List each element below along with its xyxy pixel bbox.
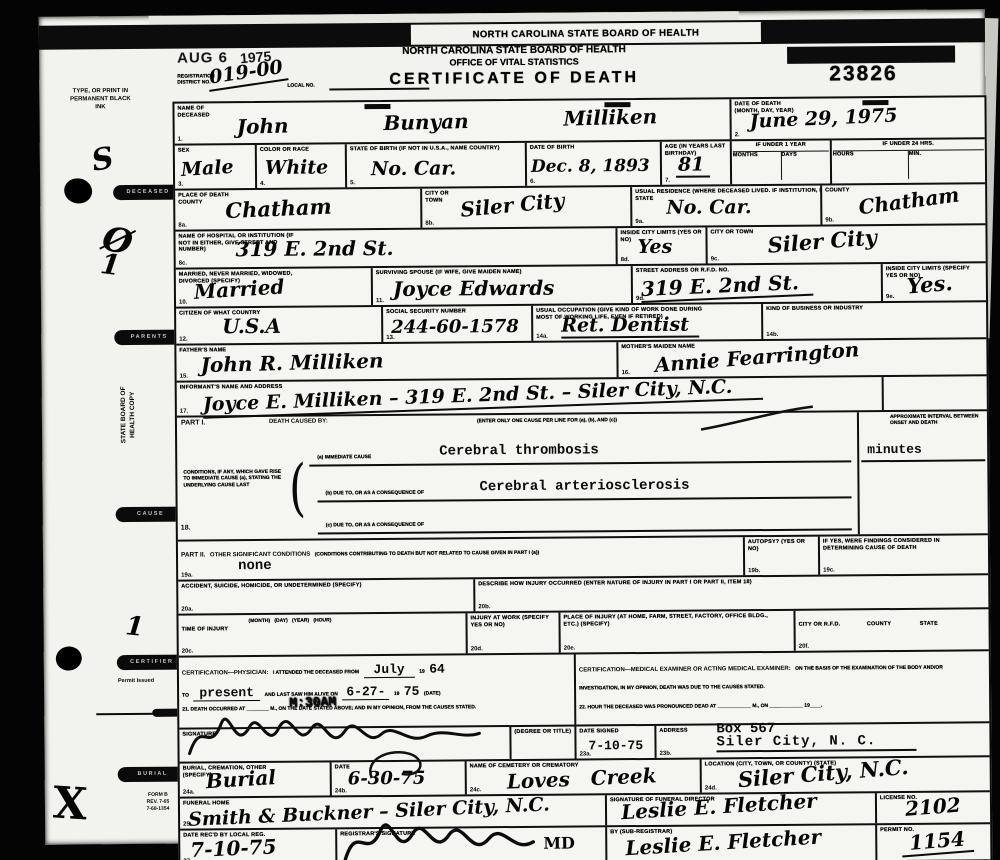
residence-state-value: No. Car.	[666, 196, 751, 219]
field-license-no: LICENSE NO. 2102	[875, 792, 990, 823]
field-inside-city-limits: INSIDE CITY LIMITS (YES OR NO) 8d. Yes	[615, 227, 705, 264]
field-how-injury: DESCRIBE HOW INJURY OCCURRED (ENTER NATU…	[473, 575, 988, 611]
pod-county-value: Chatham	[225, 194, 332, 224]
field-residence-city: CITY OR TOWN 9c. Siler City	[705, 225, 985, 263]
race-value: White	[265, 156, 328, 178]
physician-cert-label: CERTIFICATION—PHYSICIAN:	[182, 670, 269, 677]
under24-hours: HOURS	[833, 150, 909, 179]
item-number: 14b.	[766, 332, 778, 338]
field-label: CITY OR R.F.D.	[799, 621, 841, 628]
citizen-value: U.S.A	[222, 314, 281, 338]
field-surviving-spouse: SURVIVING SPOUSE (IF WIFE, GIVE MAIDEN N…	[371, 266, 631, 305]
registrar-degree: MD	[543, 834, 575, 853]
field-label: SOCIAL SECURITY NUMBER	[386, 308, 528, 316]
certifier-note: Permit Issued	[118, 678, 154, 684]
certificate-number: 23826	[829, 62, 898, 87]
date-signed-value: 7-10-75	[588, 738, 643, 753]
field-funeral-director-signature: SIGNATURE OF FUNERAL DIRECTOR Leslie E. …	[605, 793, 875, 825]
item-number: 14a.	[536, 334, 548, 340]
item-number: 24b.	[335, 788, 347, 794]
field-street-address: STREET ADDRESS OR R.F.D. NO. 9d. 319 E. …	[631, 264, 881, 303]
row-accident: ACCIDENT, SUICIDE, HOMICIDE, OR UNDETERM…	[178, 573, 988, 613]
field-physician-signature: SIGNATURE	[179, 727, 509, 762]
under1-months: MONTHS	[733, 151, 782, 179]
burial-value: Burial	[205, 765, 276, 793]
pod-city-value: Siler City	[459, 188, 565, 222]
item-number: 10.	[179, 300, 187, 306]
physician-signature	[183, 705, 483, 759]
field-permit-no: PERMIT NO. 1154	[875, 824, 990, 860]
document-scan: NORTH CAROLINA STATE BOARD OF HEALTH AUG…	[0, 0, 1000, 860]
row-informant: INFORMANT'S NAME AND ADDRESS 17. Joyce E…	[177, 374, 987, 415]
margin-mark-1b: 1	[124, 611, 145, 643]
field-name-of-deceased: NAME OF DECEASED 1. John Bunyan Milliken	[174, 99, 729, 143]
row-place-of-death: PLACE OF DEATH COUNTY 8a. Chatham CITY O…	[175, 182, 985, 229]
field-occupation: USUAL OCCUPATION (GIVE KIND OF WORK DONE…	[531, 304, 761, 341]
funeral-director-value: Leslie E. Fletcher	[620, 789, 817, 825]
row-citizen: CITIZEN OF WHAT COUNTRY 12. U.S.A SOCIAL…	[176, 300, 986, 343]
date-note: (DATE)	[424, 691, 441, 697]
to-label: TO	[182, 693, 189, 699]
item-number: 19a.	[181, 573, 193, 579]
item-number: 20d.	[471, 646, 483, 652]
form-header: NORTH CAROLINA STATE BOARD OF HEALTH OFF…	[339, 44, 689, 90]
field-label: COLOR OR RACE	[260, 146, 342, 153]
field-label: IF UNDER 1 YEAR	[733, 142, 829, 149]
field-label: INJURY AT WORK (SPECIFY YES OR NO)	[470, 615, 555, 629]
field-registrar-signature: REGISTRAR'S SIGNATURE MD	[335, 827, 605, 860]
field-label: MONTHS	[733, 152, 781, 159]
row-registrar: DATE REC'D BY LOCAL REG. 27. 7-10-75 REG…	[180, 822, 990, 860]
street-value: 319 E. 2nd St.	[640, 270, 813, 303]
item-number: 9b.	[825, 217, 834, 223]
redaction-bar	[787, 46, 955, 64]
field-industry: KIND OF BUSINESS OR INDUSTRY 14b.	[761, 302, 986, 339]
row-hospital: NAME OF HOSPITAL OR INSTITUTION (IF NOT …	[175, 223, 985, 267]
item-number: 6.	[530, 179, 535, 185]
local-no-label: LOCAL NO.	[287, 83, 314, 89]
brace-mark: (	[289, 457, 306, 519]
field-residence-county: COUNTY 9b. Chatham	[820, 184, 985, 224]
field-label: IF YES, WERE FINDINGS CONSIDERED IN DETE…	[823, 537, 973, 551]
item-number: 11.	[376, 298, 384, 304]
state-of-birth-value: No. Car.	[371, 157, 456, 180]
tab-certifier: CERTIFIER	[117, 655, 183, 670]
field-burial-location: LOCATION (CITY, TOWN, OR COUNTY) (STATE)…	[700, 757, 990, 792]
date-received-value: 7-10-75	[190, 834, 277, 860]
item-number: 8c.	[179, 261, 187, 267]
top-banner-text: NORTH CAROLINA STATE BOARD OF HEALTH	[472, 27, 699, 40]
age-value: 81	[676, 153, 711, 177]
field-label: STATE OF BIRTH (IF NOT IN U.S.A., NAME C…	[350, 145, 500, 153]
item-number: 16.	[622, 370, 630, 376]
registrar-signature	[337, 814, 577, 860]
under24-min: MIN.	[909, 150, 984, 179]
copy-note: STATE BOARD OF HEALTH COPY	[120, 386, 138, 444]
item-number: 18.	[181, 525, 191, 532]
last-saw-year: 75	[404, 684, 420, 699]
informant-stub-cell	[882, 376, 987, 410]
form-note-line3: 7-68-1354	[139, 806, 177, 813]
inside-city-value: Yes	[638, 236, 673, 258]
field-autopsy-findings: IF YES, WERE FINDINGS CONSIDERED IN DETE…	[818, 535, 988, 574]
rule-line	[318, 528, 852, 534]
tab-deceased: DECEASED	[113, 185, 179, 200]
field-label: HOURS	[833, 150, 908, 157]
field-place-of-injury: PLACE OF INJURY (AT HOME, FARM, STREET, …	[558, 611, 793, 653]
scan-artifact	[364, 104, 390, 109]
hospital-value: 319 E. 2nd St.	[236, 236, 394, 261]
item-number: 1.	[178, 137, 183, 143]
item-number: 20c.	[182, 649, 194, 655]
field-label: STATE	[920, 621, 938, 628]
margin-mark-s: S	[89, 141, 117, 179]
field-label: CITY OR TOWN	[425, 190, 461, 203]
immediate-cause-value: Cerebral thrombosis	[439, 442, 599, 459]
interval-label: APPROXIMATE INTERVAL BETWEEN ONSET AND D…	[890, 413, 980, 426]
field-label: DESCRIBE HOW INJURY OCCURRED (ENTER NATU…	[478, 579, 808, 588]
item-number: 5.	[350, 180, 355, 186]
occupation-value: Ret. Dentist	[561, 314, 699, 339]
rule-line	[318, 496, 852, 502]
field-cemetery: NAME OF CEMETERY OR CREMATORY 24c. Loves…	[465, 760, 700, 795]
caused-by-label: DEATH CAUSED BY:	[269, 418, 328, 424]
hole-punch	[54, 645, 83, 673]
field-marital-status: MARRIED, NEVER MARRIED, WIDOWED, DIVORCE…	[176, 268, 371, 307]
address-line2: Siler City, N. C.	[716, 733, 916, 753]
field-label: IF UNDER 24 HRS.	[833, 140, 984, 148]
due-c-label: (c) DUE TO, OR AS A CONSEQUENCE OF	[326, 522, 424, 529]
conditions-note: CONDITIONS, IF ANY, WHICH GAVE RISE TO I…	[183, 469, 283, 489]
item-number: 2.	[735, 132, 740, 138]
field-residence-state: USUAL RESIDENCE (WHERE DECEASED LIVED. I…	[630, 186, 820, 226]
field-accident: ACCIDENT, SUICIDE, HOMICIDE, OR UNDETERM…	[178, 579, 473, 613]
field-under-24-hours: IF UNDER 24 HRS. HOURS MIN.	[830, 139, 985, 183]
tab-burial: BURIAL	[118, 767, 184, 782]
spouse-value: Joyce Edwards	[393, 276, 555, 301]
field-address: ADDRESS 23b. Box 567 Siler City, N. C.	[654, 723, 989, 758]
item-number: 4.	[260, 181, 265, 187]
field-under-1-year: IF UNDER 1 YEAR MONTHS DAYS	[730, 141, 830, 185]
name-of-deceased-value: John Bunyan Milliken	[236, 104, 657, 139]
year-prefix: 19	[419, 669, 425, 675]
field-date-of-death: DATE OF DEATH (MONTH, DAY, YEAR) 2. June…	[729, 97, 984, 139]
field-burial: BURIAL, CREMATION, OTHER (SPECIFY) 24a. …	[180, 762, 330, 796]
row-cause-of-death: PART I. DEATH CAUSED BY: (ENTER ONLY ONE…	[177, 409, 988, 539]
due-b-label: (b) DUE TO, OR AS A CONSEQUENCE OF	[325, 490, 424, 497]
field-state-of-birth: STATE OF BIRTH (IF NOT IN U.S.A., NAME C…	[345, 143, 525, 187]
field-ssn: SOCIAL SECURITY NUMBER 13. 244-60-1578	[381, 306, 531, 342]
ssn-value: 244-60-1578	[391, 316, 519, 338]
last-saw-date: 6-27-	[342, 684, 389, 700]
certificate-page: NORTH CAROLINA STATE BOARD OF HEALTH AUG…	[39, 9, 991, 844]
field-label: DAYS	[781, 151, 829, 158]
part1-label: PART I.	[181, 419, 205, 426]
certificate-form: NAME OF DECEASED 1. John Bunyan Milliken…	[172, 95, 992, 860]
top-banner: NORTH CAROLINA STATE BOARD OF HEALTH	[411, 22, 761, 45]
medical-examiner-certification: CERTIFICATION—MEDICAL EXAMINER OR ACTING…	[574, 651, 990, 724]
field-label: AUTOPSY? (YES OR NO)	[748, 539, 815, 553]
license-value: 2102	[904, 793, 961, 821]
field-label: ACCIDENT, SUICIDE, HOMICIDE, OR UNDETERM…	[181, 582, 381, 590]
item-number: 17.	[180, 409, 188, 415]
item-number: 20b.	[478, 604, 490, 610]
margin-nub	[152, 709, 177, 717]
field-label: TIME OF INJURY	[182, 626, 242, 633]
part2-label: PART II.	[181, 551, 205, 558]
item-number: 9a.	[635, 219, 643, 225]
part2-cell: PART II. OTHER SIGNIFICANT CONDITIONS (C…	[178, 537, 743, 579]
field-date-received: DATE REC'D BY LOCAL REG. 27. 7-10-75	[180, 829, 335, 860]
field-date-of-birth: DATE OF BIRTH 6. Dec. 8, 1893	[525, 142, 660, 186]
item-number: 20a.	[181, 607, 193, 613]
row-parents: FATHER'S NAME 15. John R. Milliken MOTHE…	[176, 337, 986, 380]
field-injury-at-work: INJURY AT WORK (SPECIFY YES OR NO) 20d.	[465, 613, 558, 654]
attended-from-value: July	[363, 662, 414, 678]
to-value: present	[193, 685, 260, 702]
field-citizen: CITIZEN OF WHAT COUNTRY 12. U.S.A	[176, 307, 381, 344]
margin-mark-x: X	[51, 777, 88, 830]
hole-punch	[62, 176, 94, 206]
print-note: TYPE, OR PRINT IN PERMANENT BLACK INK	[67, 88, 133, 112]
field-label: SEX	[178, 147, 252, 154]
row-vitals: SEX 3. Male COLOR OR RACE 4. White STATE…	[175, 137, 985, 188]
row-marital: MARRIED, NEVER MARRIED, WIDOWED, DIVORCE…	[176, 261, 986, 306]
field-label: DATE SIGNED	[579, 728, 651, 735]
part2-value: none	[238, 558, 272, 574]
item-number: 12.	[179, 337, 187, 343]
field-subregistrar-signature: BY (SUB-REGISTRAR) Leslie E. Fletcher	[605, 825, 875, 860]
attended-label: I ATTENDED THE DECEASED FROM	[273, 669, 359, 676]
item-number: 8a.	[178, 223, 186, 229]
field-pod-city: CITY OR TOWN 8b. Siler City	[420, 187, 630, 228]
year-prefix: 19	[394, 691, 400, 697]
due-b-value: Cerebral arteriosclerosis	[479, 478, 689, 496]
under1-days: DAYS	[781, 151, 829, 179]
form-note: FORM B REV. 7-65 7-68-1354	[139, 792, 177, 813]
rule-line	[861, 459, 985, 462]
item-number: 19c.	[823, 567, 835, 573]
field-age: AGE (IN YEARS LAST BIRTHDAY) 7. 81	[660, 141, 730, 185]
time-columns-label: (MONTH) (DAY) (YEAR) (HOUR)	[248, 617, 331, 624]
item-number: 8d.	[621, 257, 630, 263]
interval-value: minutes	[867, 442, 922, 457]
row-name: NAME OF DECEASED 1. John Bunyan Milliken…	[174, 97, 984, 143]
item-number: 15.	[180, 374, 188, 380]
field-date-signed: DATE SIGNED 23a. 7-10-75	[574, 726, 654, 759]
tab-cause: CAUSE	[116, 507, 182, 522]
part2-note: (CONDITIONS CONTRIBUTING TO DEATH BUT NO…	[315, 550, 540, 558]
field-father: FATHER'S NAME 15. John R. Milliken	[176, 342, 616, 380]
field-degree-title: (DEGREE OR TITLE)	[509, 727, 574, 760]
inside-city-2-value: Yes.	[906, 270, 953, 298]
tab-parents: PARENTS	[114, 330, 180, 345]
attended-from-year: 64	[429, 662, 445, 677]
immediate-cause-label: (a) IMMEDIATE CAUSE	[317, 454, 371, 461]
item-number: 23b.	[660, 751, 672, 757]
father-value: John R. Milliken	[200, 348, 384, 377]
row-burial: BURIAL, CREMATION, OTHER (SPECIFY) 24a. …	[180, 755, 990, 796]
header-line2: OFFICE OF VITAL STATISTICS	[339, 56, 689, 69]
field-label: (DEGREE OR TITLE)	[514, 729, 571, 736]
item-number: 9e.	[886, 294, 894, 300]
date-of-birth-value: Dec. 8, 1893	[531, 156, 650, 177]
burial-location-value: Siler City, N.C.	[737, 754, 909, 792]
cemetery-value: Loves Creek	[506, 763, 657, 793]
field-autopsy: AUTOPSY? (YES OR NO) 19b.	[743, 537, 818, 576]
field-injury-location: CITY OR R.F.D. COUNTY STATE 20f.	[793, 609, 988, 651]
item-number: 9c.	[711, 256, 719, 262]
row-signature: SIGNATURE (DEGREE OR TITLE) DATE SIGNED …	[179, 721, 989, 761]
rule-line	[309, 460, 851, 466]
part1-cell: PART I. DEATH CAUSED BY: (ENTER ONLY ONE…	[177, 412, 858, 539]
item-number: 24d.	[705, 785, 717, 791]
row-funeral-home: FUNERAL HOME 25. Smith & Buckner – Siler…	[180, 790, 990, 828]
certificate-title: CERTIFICATE OF DEATH	[339, 69, 689, 90]
item-number: 24c.	[470, 787, 482, 793]
field-sex: SEX 3. Male	[175, 145, 255, 189]
item-number: 19b.	[748, 568, 760, 574]
permit-value: 1154	[900, 826, 973, 857]
row-part2: PART II. OTHER SIGNIFICANT CONDITIONS (C…	[178, 533, 988, 579]
field-label: NAME OF DECEASED	[177, 105, 217, 119]
item-number: 7.	[665, 178, 670, 184]
field-label: COUNTY	[867, 621, 891, 628]
field-mother: MOTHER'S MAIDEN NAME 16. Annie Fearringt…	[616, 339, 986, 377]
field-race: COLOR OR RACE 4. White	[255, 144, 345, 188]
field-hospital: NAME OF HOSPITAL OR INSTITUTION (IF NOT …	[175, 228, 615, 267]
interval-cell: APPROXIMATE INTERVAL BETWEEN ONSET AND D…	[857, 411, 988, 534]
sex-value: Male	[180, 156, 234, 181]
caused-by-note: (ENTER ONLY ONE CAUSE PER LINE FOR (a), …	[477, 417, 617, 424]
item-number: 20f.	[799, 644, 809, 650]
line22-text: 22. HOUR THE DECEASED WAS PRONOUNCED DEA…	[579, 701, 986, 710]
row-injury-details: TIME OF INJURY (MONTH) (DAY) (YEAR) (HOU…	[178, 607, 988, 655]
item-number: 24a.	[183, 790, 195, 796]
field-inside-city-limits-2: INSIDE CITY LIMITS (SPECIFY YES OR NO) 9…	[881, 263, 986, 301]
margin-mark-phi: Ø	[98, 218, 136, 264]
marital-value: Married	[193, 274, 285, 303]
me-cert-label: CERTIFICATION—MEDICAL EXAMINER OR ACTING…	[579, 666, 791, 674]
field-time-of-injury: TIME OF INJURY (MONTH) (DAY) (YEAR) (HOU…	[178, 613, 465, 655]
field-label: KIND OF BUSINESS OR INDUSTRY	[766, 304, 983, 312]
field-burial-date: DATE 24b. 6-30-75	[330, 761, 465, 795]
field-label: DATE OF BIRTH	[530, 144, 657, 152]
field-label: PLACE OF INJURY (AT HOME, FARM, STREET, …	[563, 613, 773, 628]
field-label: MIN.	[909, 150, 984, 157]
pen-loop	[362, 748, 432, 783]
field-pod-county: PLACE OF DEATH COUNTY 8a. Chatham	[175, 189, 420, 230]
item-number: 3.	[178, 182, 183, 188]
pen-stroke	[697, 405, 817, 432]
item-number: 8b.	[425, 221, 434, 227]
item-number: 20e.	[564, 646, 576, 652]
